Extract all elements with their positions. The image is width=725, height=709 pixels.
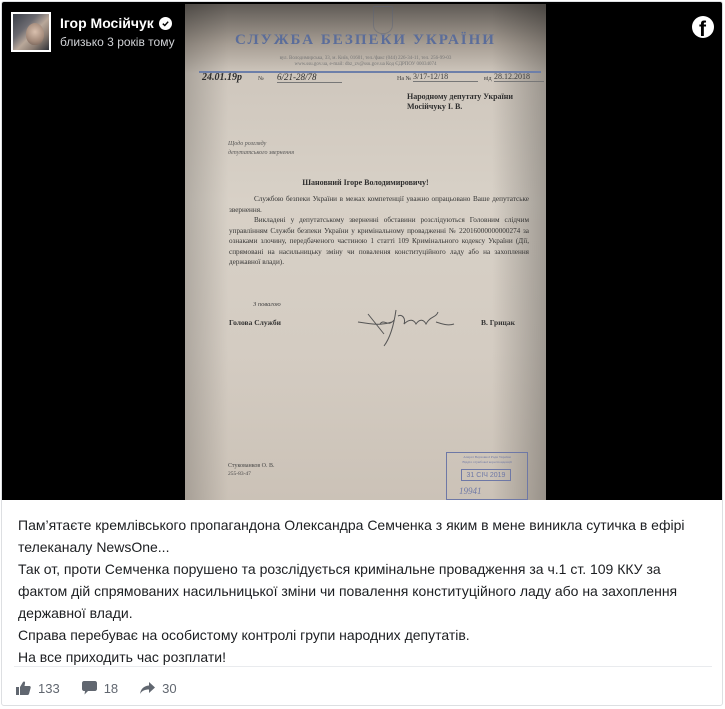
doc-executor-phone: 255-83-47 xyxy=(228,471,251,477)
post-media[interactable]: Ігор Мосійчук близько 3 років тому f СЛУ… xyxy=(2,2,722,500)
doc-recipient: Народному депутату України xyxy=(407,92,513,101)
doc-incoming-number: 3/17-12/18 xyxy=(413,72,478,82)
doc-greeting: Шановний Ігоре Володимировичу! xyxy=(185,178,546,187)
stamp-org: Апарат Верховної Ради України xyxy=(450,455,524,459)
doc-subject: депутатського звернення xyxy=(228,150,294,156)
author-name[interactable]: Ігор Мосійчук xyxy=(60,15,154,32)
verified-badge-icon xyxy=(159,17,172,30)
thumbs-up-icon xyxy=(16,681,31,695)
doc-regards: З повагою xyxy=(253,301,281,308)
doc-outgoing-number: 6/21-28/78 xyxy=(277,72,342,83)
doc-paragraph: Службою безпеки України в межах компетен… xyxy=(229,194,529,215)
registration-stamp: Апарат Верховної Ради України Відділ слу… xyxy=(446,452,528,500)
doc-paragraph: Викладені у депутатському зверненні обст… xyxy=(229,215,529,268)
doc-address-line: www.ssu.gov.ua, e-mail: dbz_zv@ssu.gov.u… xyxy=(185,62,546,67)
footer-divider xyxy=(14,666,712,667)
likes-stat[interactable]: 133 xyxy=(16,681,60,696)
post-paragraph: Пам’ятаєте кремлівського пропагандона Ол… xyxy=(18,514,708,558)
share-arrow-icon xyxy=(140,681,155,695)
author-avatar[interactable] xyxy=(11,12,51,52)
post-timestamp[interactable]: близько 3 років тому xyxy=(60,34,175,50)
doc-signer-name: В. Грицак xyxy=(481,318,515,327)
post-header: Ігор Мосійчук близько 3 років тому xyxy=(11,10,175,54)
stamp-reg-number: 19941 xyxy=(459,486,482,496)
doc-address-line: вул. Володимирська, 33, м. Київ, 01601, … xyxy=(185,56,546,61)
doc-number-label: № xyxy=(258,76,264,82)
signature-icon xyxy=(350,304,460,348)
comment-bubble-icon xyxy=(82,681,97,695)
doc-from-label: від xyxy=(484,76,492,82)
post-paragraph: Так от, проти Семченка порушено та розсл… xyxy=(18,558,708,624)
doc-recipient: Мосійчуку І. В. xyxy=(407,102,462,111)
shares-stat[interactable]: 30 xyxy=(140,681,176,696)
stamp-org: Відділ службової кореспонденції xyxy=(450,460,524,464)
doc-executor-name: Стукованков О. В. xyxy=(228,463,274,469)
document-photo: СЛУЖБА БЕЗПЕКИ УКРАЇНИ вул. Володимирськ… xyxy=(185,4,546,500)
doc-header-rule xyxy=(199,71,541,73)
comments-stat[interactable]: 18 xyxy=(82,681,118,696)
facebook-post-card: Ігор Мосійчук близько 3 років тому f СЛУ… xyxy=(1,1,723,706)
likes-count: 133 xyxy=(38,681,60,696)
shares-count: 30 xyxy=(162,681,176,696)
post-stats: 133 18 30 xyxy=(16,678,199,698)
post-paragraph: На все приходить час розплати! xyxy=(18,646,708,668)
trident-emblem-icon xyxy=(373,6,393,34)
comments-count: 18 xyxy=(104,681,118,696)
doc-handwritten-date: 24.01.19р xyxy=(202,72,242,83)
post-text: Пам’ятаєте кремлівського пропагандона Ол… xyxy=(18,514,708,668)
doc-subject: Щодо розгляду xyxy=(228,141,266,147)
doc-org-title: СЛУЖБА БЕЗПЕКИ УКРАЇНИ xyxy=(185,32,546,49)
facebook-logo-icon[interactable]: f xyxy=(692,16,714,38)
stamp-date: 31 СІЧ 2019 xyxy=(461,469,511,481)
doc-incoming-date: 28.12.2018 xyxy=(494,72,544,82)
post-paragraph: Справа перебуває на особистому контролі … xyxy=(18,624,708,646)
doc-reply-label: На № xyxy=(397,76,411,82)
author-name-row: Ігор Мосійчук xyxy=(60,15,175,32)
author-info: Ігор Мосійчук близько 3 років тому xyxy=(60,15,175,50)
doc-signer-position: Голова Служби xyxy=(229,318,281,327)
